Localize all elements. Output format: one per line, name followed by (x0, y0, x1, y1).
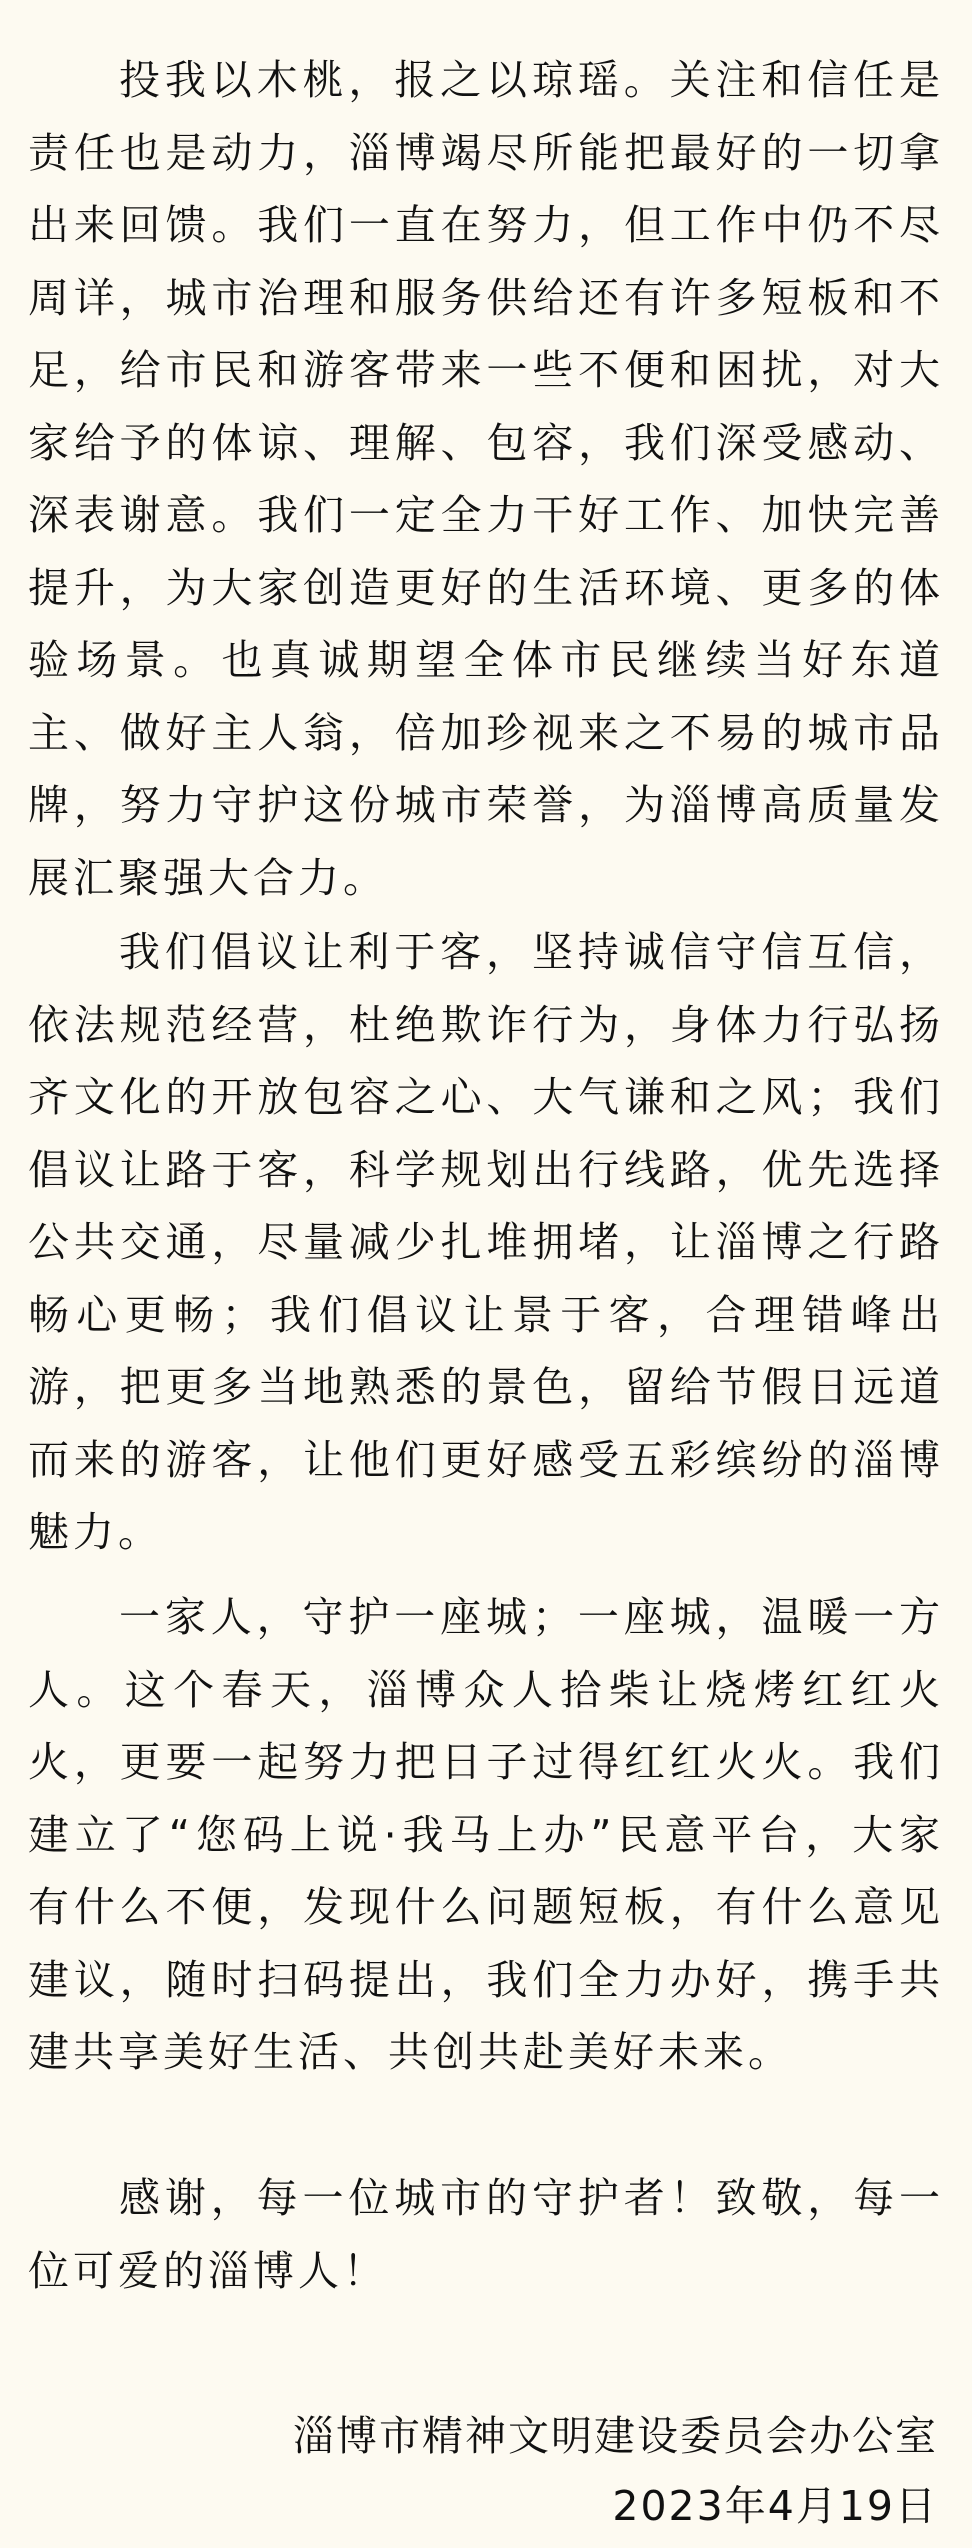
document-page: 投我以木桃，报之以琼瑶。关注和信任是责任也是动力，淄博竭尽所能把最好的一切拿出来… (0, 0, 972, 2548)
signature-organization: 淄博市精神文明建设委员会办公室 (293, 2400, 938, 2472)
paragraph-proposals: 我们倡议让利于客，坚持诚信守信互信，依法规范经营，杜绝欺诈行为，身体力行弘扬齐文… (28, 916, 944, 1569)
paragraph-gratitude: 投我以木桃，报之以琼瑶。关注和信任是责任也是动力，淄博竭尽所能把最好的一切拿出来… (28, 44, 944, 914)
paragraph-thanks: 感谢，每一位城市的守护者！致敬，每一位可爱的淄博人！ (28, 2162, 944, 2307)
signature-date: 2023年4月19日 (612, 2470, 938, 2542)
paragraph-one-family: 一家人，守护一座城；一座城，温暖一方人。这个春天，淄博众人拾柴让烧烤红红火火，更… (28, 1581, 944, 2089)
